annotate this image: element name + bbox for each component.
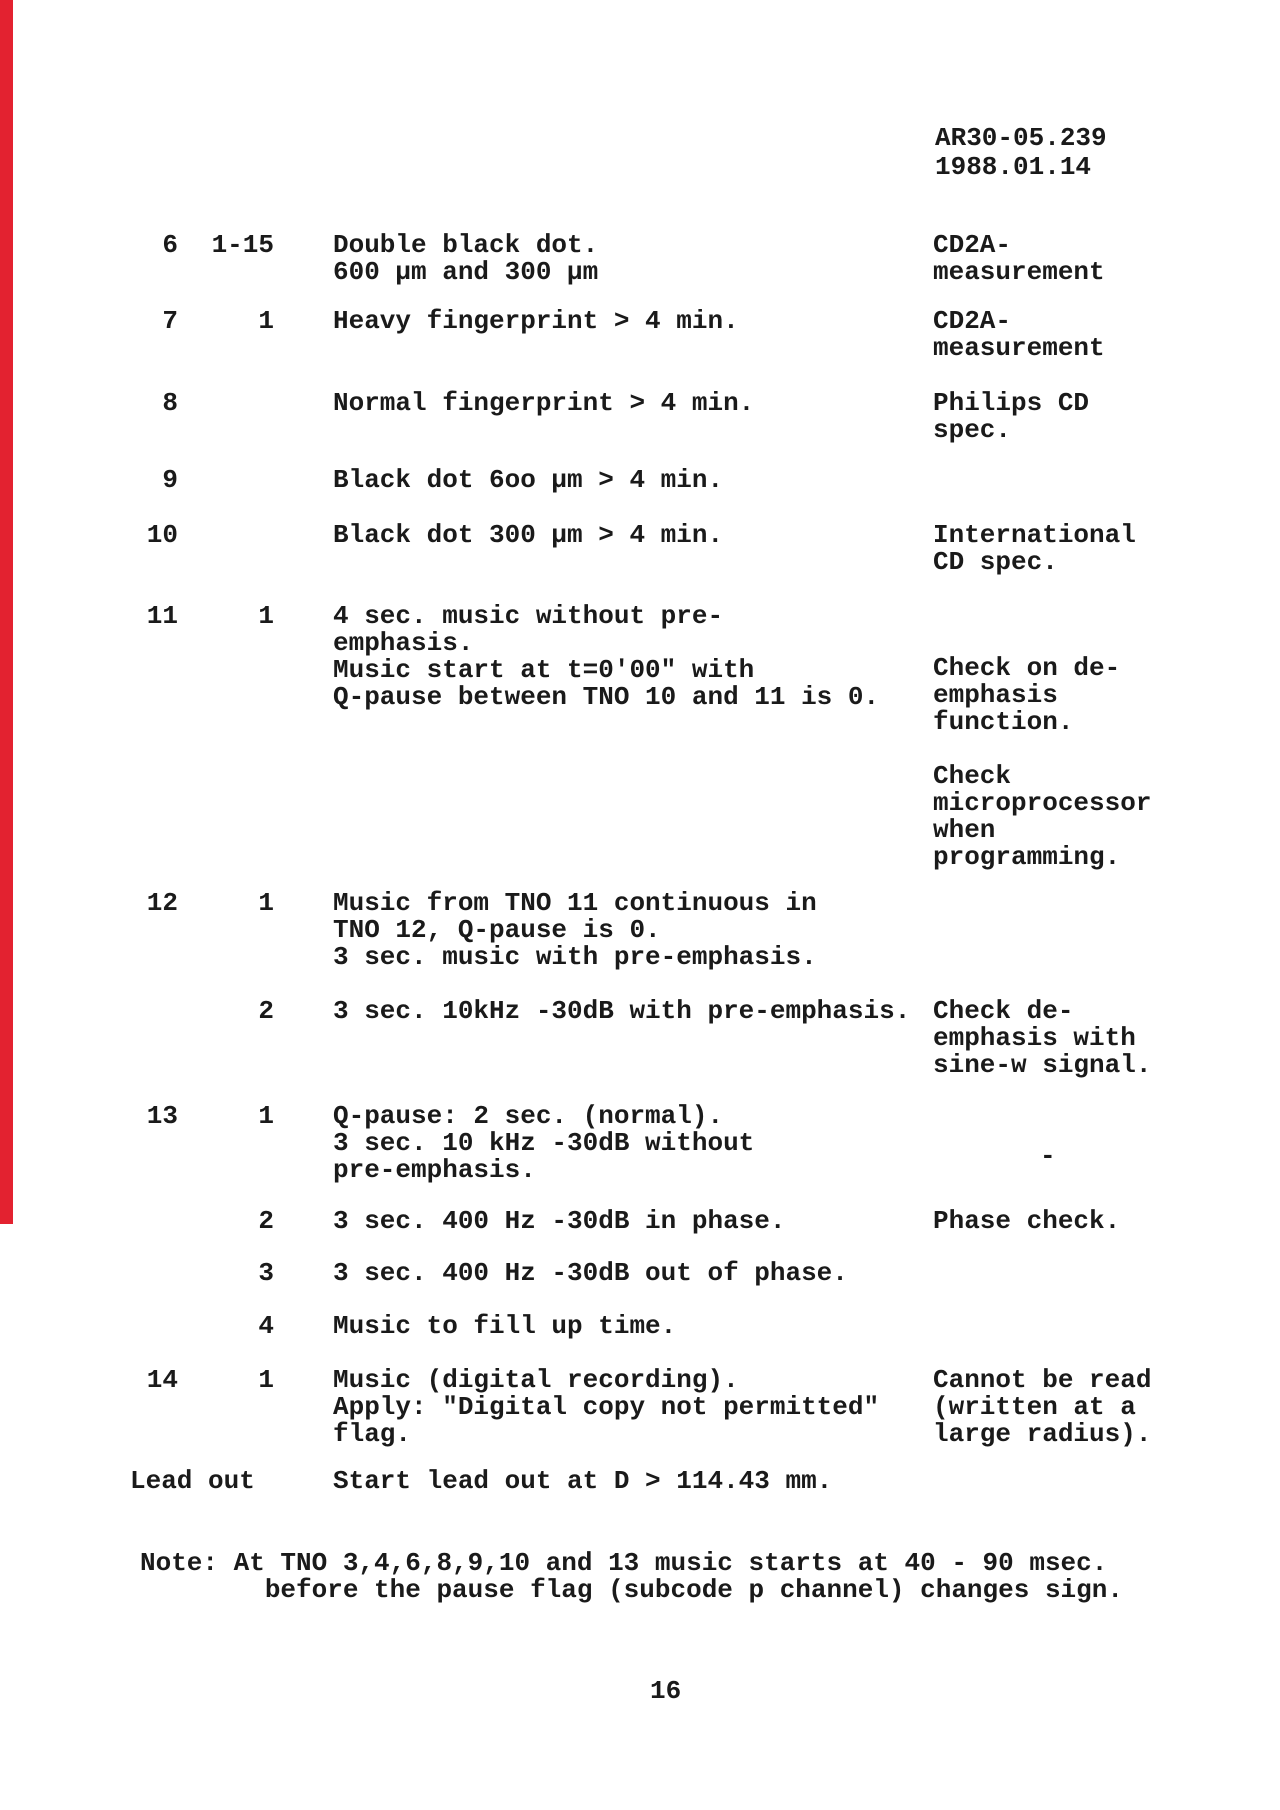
track-cell: 3: [204, 1260, 274, 1287]
note-cell: Check microprocessor when programming.: [933, 763, 1151, 871]
tno-cell: 14: [120, 1367, 178, 1394]
description-cell: 3 sec. 400 Hz -30dB out of phase.: [333, 1260, 848, 1287]
lead-out-label: Lead out: [130, 1468, 255, 1495]
description-cell: 3 sec. 10kHz -30dB with pre-emphasis.: [333, 998, 910, 1025]
description-cell: Black dot 300 µm > 4 min.: [333, 522, 723, 549]
description-cell: 3 sec. 400 Hz -30dB in phase.: [333, 1208, 785, 1235]
description-cell: Q-pause: 2 sec. (normal). 3 sec. 10 kHz …: [333, 1103, 754, 1184]
description-cell: Double black dot. 600 µm and 300 µm: [333, 232, 598, 286]
description-cell: Normal fingerprint > 4 min.: [333, 390, 754, 417]
track-cell: 2: [204, 998, 274, 1025]
description-cell: 4 sec. music without pre- emphasis. Musi…: [333, 603, 879, 711]
tno-cell: 8: [120, 390, 178, 417]
track-cell: 1: [204, 1103, 274, 1130]
tno-cell: 11: [120, 603, 178, 630]
tno-cell: 6: [120, 232, 178, 259]
track-cell: 1: [204, 603, 274, 630]
margin-dash-mark: -: [1040, 1143, 1056, 1170]
note-cell: Check de- emphasis with sine-w signal.: [933, 998, 1151, 1079]
description-cell: Music from TNO 11 continuous in TNO 12, …: [333, 890, 817, 971]
doc-date: 1988.01.14: [935, 153, 1107, 182]
track-cell: 1-15: [204, 232, 274, 259]
description-cell: Music to fill up time.: [333, 1313, 676, 1340]
note-cell: CD2A- measurement: [933, 232, 1105, 286]
description-cell: Black dot 6oo µm > 4 min.: [333, 467, 723, 494]
tno-cell: 7: [120, 308, 178, 335]
tno-cell: 12: [120, 890, 178, 917]
tno-cell: 10: [120, 522, 178, 549]
track-cell: 1: [204, 890, 274, 917]
track-cell: 1: [204, 308, 274, 335]
note-cell: Phase check.: [933, 1208, 1120, 1235]
tno-cell: 13: [120, 1103, 178, 1130]
doc-number: AR30-05.239: [935, 124, 1107, 153]
description-cell: Music (digital recording). Apply: "Digit…: [333, 1367, 879, 1448]
note-cell: Cannot be read (written at a large radiu…: [933, 1367, 1151, 1448]
description-cell: Heavy fingerprint > 4 min.: [333, 308, 739, 335]
document-header: AR30-05.2391988.01.14: [935, 124, 1107, 182]
track-cell: 2: [204, 1208, 274, 1235]
page-number: 16: [650, 1678, 681, 1705]
footnote: Note: At TNO 3,4,6,8,9,10 and 13 music s…: [140, 1550, 1123, 1604]
note-cell: CD2A- measurement: [933, 308, 1105, 362]
lead-out-description: Start lead out at D > 114.43 mm.: [333, 1468, 832, 1495]
note-cell: Check on de- emphasis function.: [933, 655, 1120, 736]
tno-cell: 9: [120, 467, 178, 494]
note-cell: International CD spec.: [933, 522, 1136, 576]
scan-edge-stripe: [0, 0, 13, 1224]
note-cell: Philips CD spec.: [933, 390, 1089, 444]
track-cell: 1: [204, 1367, 274, 1394]
track-cell: 4: [204, 1313, 274, 1340]
